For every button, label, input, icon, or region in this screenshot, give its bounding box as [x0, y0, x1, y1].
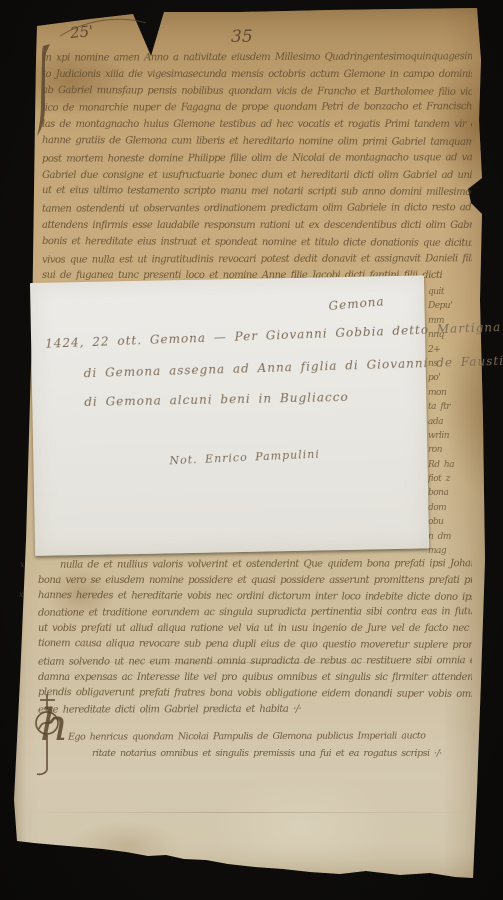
manuscript-top-block: In xpi nomine amen Anno a nativitate eiu…: [42, 50, 472, 285]
manuscript-text-line: etiam solvendo ut nec eum manenti omnia …: [38, 653, 472, 671]
manuscript-text-line: vivos que nulla est ut ingratitudinis re…: [42, 251, 472, 269]
manuscript-text-line: ut vobis prefati ut aliud aliqua ratione…: [38, 621, 472, 637]
manuscript-bottom-block: nulla de et nullius valoris volverint et…: [38, 557, 472, 718]
manuscript-fragment: Rd ha: [428, 458, 476, 473]
manuscript-fragment: po': [428, 371, 476, 386]
manuscript-text-line: In xpi nomine amen Anno a nativitate eiu…: [42, 49, 472, 67]
manuscript-fragment: ta ftr: [428, 400, 476, 415]
manuscript-fragment: wrlin: [428, 429, 476, 443]
manuscript-fragment: ada: [428, 414, 476, 429]
manuscript-text-line: donatione et traditione eorundem ac sing…: [38, 605, 472, 623]
manuscript-text-line: plendis obligaverunt prefati fratres bon…: [38, 685, 472, 703]
manuscript-text-line: bonis et hereditate eius instruat et spo…: [42, 234, 472, 253]
photo-background: 25' 35 In xpi nomine amen Anno a nativit…: [0, 0, 503, 900]
manuscript-fragment: Depu': [428, 299, 476, 313]
note-signature: Not. Enrico Pampulini: [169, 448, 320, 468]
manuscript-fragment: n dm: [428, 530, 476, 545]
manuscript-text-line: post mortem honeste domine Philippe fili…: [42, 150, 472, 168]
manuscript-fragment: obu: [428, 515, 476, 529]
manuscript-fragment: dom: [428, 501, 476, 516]
manuscript-text-line: nulla de et nullius valoris volverint et…: [38, 556, 472, 574]
notary-initial-letter: h: [40, 700, 68, 751]
manuscript-text-line: to Judicionis xiiia die vigesimasecunda …: [42, 67, 472, 84]
notary-text-line: ritate notarius omnibus et singulis prem…: [92, 745, 468, 762]
manuscript-text-line: tionem causa aliqua revocare sub pena du…: [38, 637, 472, 655]
folio-number-top-center: 35: [231, 27, 253, 47]
manuscript-text-line: damna expensas ac Interesse lite vel pro…: [38, 670, 472, 686]
manuscript-fragment: quit: [428, 285, 476, 300]
manuscript-fragment: mon: [428, 386, 476, 400]
margin-mark: x: [19, 590, 24, 599]
pen-flourish-line: [58, 14, 150, 40]
notary-text-line: Ego henricus quondam Nicolai Pampulis de…: [68, 727, 468, 745]
note-body-line: di Gemona alcuni beni in Bugliacco: [84, 390, 349, 409]
note-header: Gemona: [328, 294, 385, 313]
manuscript-text-line: ut et eius ultimo testamento scripto man…: [42, 183, 472, 202]
archival-note-slip: Gemona 1424, 22 ott. Gemona — Per Giovan…: [30, 275, 429, 556]
margin-mark: x: [20, 560, 25, 569]
manuscript-text-line: tamen ostendenti ut observantes ordinati…: [42, 200, 472, 218]
parchment-crease: [25, 812, 478, 813]
manuscript-text-line: bona vero se eiusdem nomine possidere et…: [38, 573, 472, 589]
manuscript-fragment: bona: [428, 486, 476, 501]
manuscript-text-line: lico de monarchie nuper de Fagagna de pr…: [42, 100, 472, 118]
manuscript-text-line: Gabriel due consigne et usufructuarie bo…: [42, 168, 472, 185]
manuscript-text-line: attendens infirmis esse laudabile respon…: [42, 218, 472, 235]
manuscript-text-line: hanne gratiis de Glemona cum liberis et …: [42, 133, 472, 152]
manuscript-text-line: esse hereditate dicti olim Gabriel predi…: [38, 701, 472, 719]
manuscript-fragment: ron: [428, 443, 476, 458]
manuscript-fragment: fiot z: [428, 472, 476, 486]
notary-subscription-block: Ego henricus quondam Nicolai Pampulis de…: [68, 728, 468, 762]
manuscript-text-line: las de montagnacho huius Glemone testibu…: [42, 117, 472, 134]
